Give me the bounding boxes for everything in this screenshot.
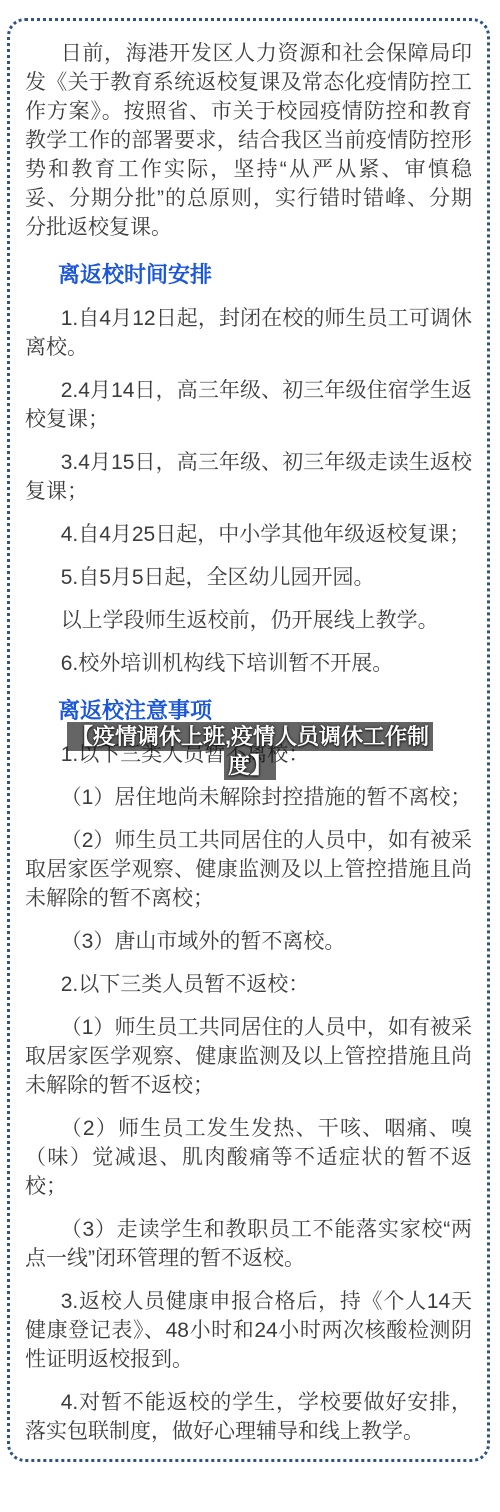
notes-item: 4.对暂不能返校的学生，学校要做好安排，落实包联制度，做好心理辅导和线上教学。	[25, 1388, 472, 1446]
section-heading-notes: 离返校注意事项	[25, 696, 472, 726]
notes-item: （1）居住地尚未解除封控措施的暂不离校；	[25, 783, 472, 812]
schedule-item: 3.4月15日，高三年级、初三年级走读生返校复课；	[25, 448, 472, 506]
caption-anchor: 1.以下三类人员暂不离校： 【疫情调休上班,疫情人员调休工作制 度】	[25, 740, 472, 769]
schedule-note: 以上学段师生返校前，仍开展线上教学。	[25, 606, 472, 635]
section-heading-schedule: 离返校时间安排	[25, 260, 472, 290]
article-page: { "colors": { "border_navy": "#2f5484", …	[0, 0, 500, 1512]
schedule-item: 5.自5月5日起，全区幼儿园开园。	[25, 563, 472, 592]
notes-item: （2）师生员工发生发热、干咳、咽痛、嗅（味）觉减退、肌肉酸痛等不适症状的暂不返校…	[25, 1114, 472, 1201]
notes-item: （3）走读学生和教职员工不能落实家校“两点一线”闭环管理的暂不返校。	[25, 1215, 472, 1273]
notes-item: 2.以下三类人员暂不返校：	[25, 970, 472, 999]
schedule-item: 2.4月14日，高三年级、初三年级住宿学生返校复课；	[25, 376, 472, 434]
notes-item: 1.以下三类人员暂不离校：	[25, 740, 472, 769]
notes-item: （2）师生员工共同居住的人员中，如有被采取居家医学观察、健康监测及以上管控措施且…	[25, 826, 472, 913]
schedule-item: 1.自4月12日起，封闭在校的师生员工可调休离校。	[25, 304, 472, 362]
notes-item: （3）唐山市域外的暂不离校。	[25, 927, 472, 956]
dotted-border-card: 日前，海港开发区人力资源和社会保障局印发《关于教育系统返校复课及常态化疫情防控工…	[7, 18, 490, 1462]
schedule-item: 4.自4月25日起，中小学其他年级返校复课；	[25, 520, 472, 549]
schedule-item: 6.校外培训机构线下培训暂不开展。	[25, 649, 472, 678]
notes-item: 3.返校人员健康申报合格后，持《个人14天健康登记表》、48小时和24小时两次核…	[25, 1287, 472, 1374]
intro-paragraph: 日前，海港开发区人力资源和社会保障局印发《关于教育系统返校复课及常态化疫情防控工…	[25, 39, 472, 242]
notes-item: （1）师生员工共同居住的人员中，如有被采取居家医学观察、健康监测及以上管控措施且…	[25, 1013, 472, 1100]
